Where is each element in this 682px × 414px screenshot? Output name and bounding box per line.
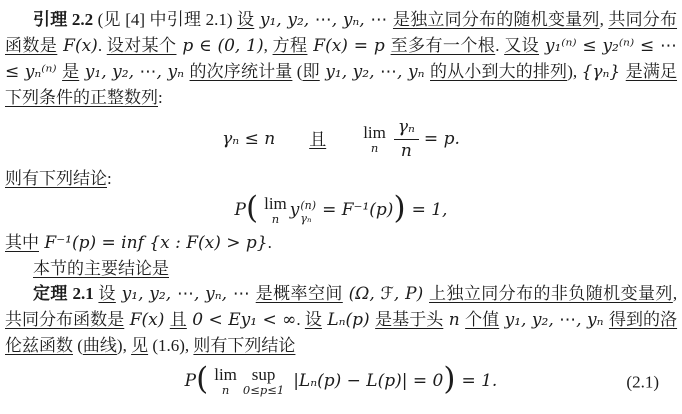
lim-subscript: n (222, 385, 229, 397)
limit-operator: lim n (214, 366, 237, 397)
lim-word: lim (363, 124, 386, 141)
equation-body: |Lₙ(p) − L(p)| = 0 (293, 369, 443, 394)
text-segment-math: y₁, y₂, ⋯, yₙ, ⋯ (254, 10, 393, 30)
text-segment-underline: 曲线 (83, 336, 117, 355)
lemma-paragraph: 引理 2.2 (见 [4] 中引理 2.1) 设 y₁, y₂, ⋯, yₙ, … (5, 7, 677, 110)
text-segment-math: y₁, y₂, ⋯, yₙ, ⋯ (116, 284, 256, 304)
text-segment-math: F(x) (124, 310, 170, 330)
text-segment-underline: 是概率空间 (256, 284, 343, 303)
text-segment-underline: 其中 (5, 233, 39, 252)
main-equation: P ( lim n sup 0≤p≤1 |Lₙ(p) − L(p)| = 0 )… (5, 366, 677, 397)
text-segment-plain: , (673, 284, 677, 303)
sup-subscript: 0≤p≤1 (243, 385, 284, 397)
condition-conjunction: 且 (309, 127, 326, 152)
limit-operator: lim n (363, 124, 386, 155)
text-segment-math: F⁻¹(p) = inf {x : F(x) > p} (39, 233, 268, 253)
text-segment-underline: 共同分布函数是 (5, 310, 124, 329)
text-segment-underline: 设 (98, 284, 115, 303)
text-segment-math: {γₙ} (582, 62, 626, 82)
text-segment-math: Lₙ(p) (322, 310, 375, 330)
right-paren: ) (393, 193, 405, 224)
text-segment-underline: 设 (237, 10, 254, 29)
left-paren: ( (246, 193, 258, 224)
text-segment-math: n (443, 310, 465, 330)
fraction-numerator: γₙ (394, 119, 419, 140)
text-segment-underline: 至多有一个根 (391, 36, 496, 55)
condition-lhs: γₙ ≤ n (222, 127, 275, 152)
text-segment-underline: 见 (131, 336, 148, 355)
text-segment-plain: ( (292, 62, 302, 81)
inverse-definition-line: 其中 F⁻¹(p) = inf {x : F(x) > p}. (5, 230, 677, 256)
text-segment-underline: 则有下列结论 (193, 336, 295, 355)
text-segment-math: F(x) = p (307, 36, 390, 56)
text-segment-plain: (见 [4] 中引理 2.1) (93, 10, 237, 29)
text-segment-underline: 则有下列结论 (5, 169, 107, 188)
text-segment-plain: : (158, 88, 163, 107)
text-segment-underline: 又设 (504, 36, 539, 55)
text-segment-underline: 即 (302, 62, 319, 81)
text-segment-underline: 的次序统计量 (190, 62, 293, 81)
text-segment-math: F(x) (57, 36, 98, 56)
sup-operator: sup 0≤p≤1 (243, 366, 284, 397)
text-segment-math: y₁, y₂, ⋯, yₙ (499, 310, 609, 330)
variable-scripts: (n) γₙ (300, 200, 316, 225)
text-segment-math: (Ω, ℱ, P) (343, 284, 429, 304)
text-segment-plain: . (98, 36, 107, 55)
order-statistic-variable: y (290, 198, 300, 223)
text-segment-plain: . (268, 233, 272, 252)
sup-word: sup (252, 366, 276, 383)
left-paren: ( (196, 364, 208, 395)
lim-word: lim (214, 366, 237, 383)
equation-tail: = 1. (461, 369, 497, 394)
variable-subscript: γₙ (300, 213, 311, 226)
text-segment-underline: 且 (170, 310, 187, 329)
text-segment-underline: 设对某个 (107, 36, 177, 55)
text-segment-underline: 本节的主要结论是 (33, 259, 169, 278)
theorem-paragraph: 定理 2.1 设 y₁, y₂, ⋯, yₙ, ⋯ 是概率空间 (Ω, ℱ, P… (5, 281, 677, 358)
theorem-heading: 定理 2.1 (33, 284, 94, 303)
limit-operator: lim n (264, 195, 287, 226)
text-segment-underline: 是独立同分布的随机变量列 (393, 10, 600, 29)
paper-page: 引理 2.2 (见 [4] 中引理 2.1) 设 y₁, y₂, ⋯, yₙ, … (0, 0, 682, 414)
variable-superscript: (n) (300, 200, 316, 213)
lemma-body: (见 [4] 中引理 2.1) 设 y₁, y₂, ⋯, yₙ, ⋯ 是独立同分… (5, 10, 677, 107)
probability-symbol: P (235, 198, 246, 223)
equation-tail: = 1, (412, 198, 448, 223)
text-segment-underline: 个值 (465, 310, 499, 329)
probability-symbol: P (185, 369, 196, 394)
fraction: γₙ n (394, 119, 419, 160)
conclusion-intro-line: 则有下列结论: (5, 166, 677, 191)
text-segment-plain: . (296, 310, 305, 329)
text-segment-plain: (1.6), (148, 336, 193, 355)
condition-rhs: = p. (424, 127, 460, 152)
lim-word: lim (264, 195, 287, 212)
section-intro-line: 本节的主要结论是 (5, 256, 677, 281)
right-paren: ) (443, 364, 455, 395)
text-segment-math: y₁, y₂, ⋯, yₙ (79, 62, 189, 82)
text-segment-underline: 方程 (273, 36, 308, 55)
lim-subscript: n (371, 143, 378, 155)
text-segment-plain: ), (117, 336, 131, 355)
fraction-denominator: n (401, 140, 412, 160)
text-segment-plain: : (107, 169, 112, 188)
text-segment-plain: . (495, 36, 504, 55)
text-segment-math: 0 < Ey₁ < ∞ (187, 310, 297, 330)
text-segment-math: p ∈ (0, 1) (177, 36, 264, 56)
text-segment-plain: , (264, 36, 273, 55)
text-segment-math: y₁, y₂, ⋯, yₙ (320, 62, 430, 82)
text-segment-underline: 设 (305, 310, 322, 329)
lemma-conclusion-equation: P ( lim n y (n) γₙ = F⁻¹(p) ) = 1, (5, 195, 677, 226)
equation-rhs: = F⁻¹(p) (322, 198, 393, 223)
theorem-body: 设 y₁, y₂, ⋯, yₙ, ⋯ 是概率空间 (Ω, ℱ, P) 上独立同分… (5, 284, 677, 355)
equation-number: (2.1) (626, 369, 659, 394)
text-segment-underline: 的从小到大的排列 (430, 62, 567, 81)
lim-subscript: n (272, 214, 279, 226)
text-segment-underline: 是基于头 (375, 310, 443, 329)
condition-equation: γₙ ≤ n 且 lim n γₙ n = p. (5, 119, 677, 160)
text-segment-underline: 上独立同分布的非负随机变量列 (429, 284, 673, 303)
lemma-heading: 引理 2.2 (33, 10, 93, 29)
text-segment-plain: ), (567, 62, 581, 81)
text-segment-plain: ( (73, 336, 83, 355)
text-segment-underline: 是 (62, 62, 79, 81)
